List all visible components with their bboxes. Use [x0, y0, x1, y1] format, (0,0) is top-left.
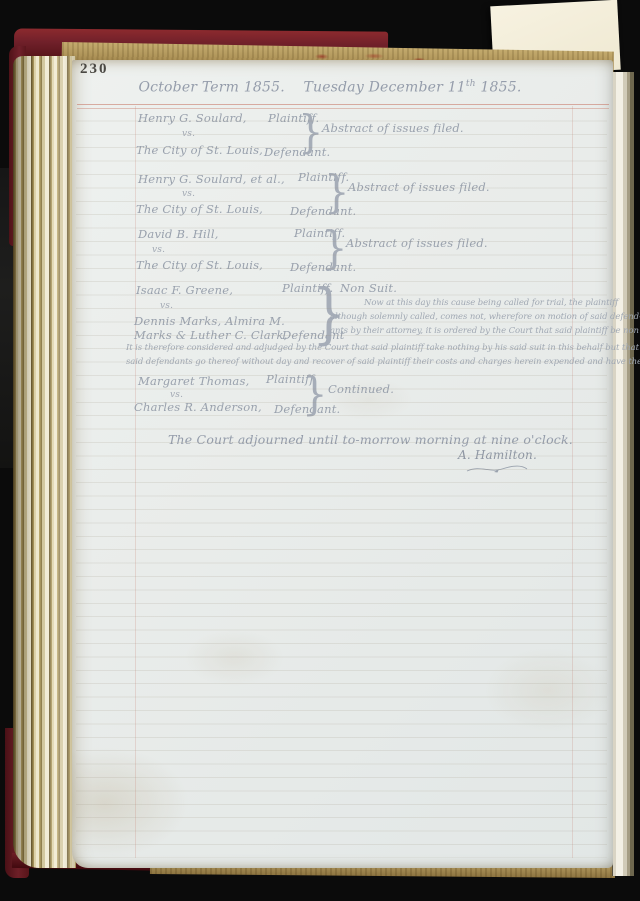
defendant-name: The City of St. Louis,: [136, 145, 263, 157]
disposition-note: Non Suit.: [340, 283, 397, 295]
record-page: 230 October Term 1855. Tuesday December …: [72, 60, 613, 868]
defendant-name-line2: Marks & Luther C. Clark,: [134, 330, 288, 342]
fore-edge-right: [612, 72, 634, 876]
plaintiff-name: Margaret Thomas,: [138, 376, 249, 388]
clerk-signature: A. Hamilton.: [458, 449, 537, 461]
brace-icon: }: [324, 170, 349, 215]
court-order-line: said defendants go thereof without day a…: [126, 358, 640, 367]
defendant-name-line1: Dennis Marks, Almira M.: [134, 316, 285, 328]
signature-flourish: [464, 463, 530, 475]
adjournment-line: The Court adjourned until to-morrow morn…: [168, 434, 573, 447]
disposition-note: Continued.: [328, 384, 394, 396]
term-label: October Term 1855.: [138, 80, 284, 96]
plaintiff-name: David B. Hill,: [138, 229, 219, 241]
disposition-note: Abstract of issues filed.: [346, 238, 488, 250]
date-ordinal-suffix: th: [466, 79, 476, 89]
brace-icon: }: [298, 110, 323, 155]
margin-line-left: [135, 106, 136, 858]
plaintiff-name: Isaac F. Greene,: [136, 285, 233, 297]
margin-line-right: [572, 106, 573, 858]
disposition-note: Abstract of issues filed.: [348, 182, 490, 194]
disposition-note: Abstract of issues filed.: [322, 123, 464, 135]
versus-label: vs.: [160, 302, 173, 311]
versus-label: vs.: [152, 246, 165, 255]
page-edges-shading: [13, 56, 76, 868]
session-year-label: 1855.: [480, 80, 521, 96]
header-ruling-line: [77, 104, 609, 109]
defendant-name: The City of St. Louis,: [136, 260, 263, 272]
court-order-line: ants by their attorney, it is ordered by…: [330, 327, 640, 336]
court-order-line: It is therefore considered and adjudged …: [126, 344, 639, 353]
versus-label: vs.: [170, 391, 183, 400]
date-header: October Term 1855. Tuesday December 11th…: [128, 80, 532, 95]
versus-label: vs.: [182, 130, 195, 139]
brace-icon: }: [302, 372, 327, 417]
defendant-name: The City of St. Louis,: [136, 204, 263, 216]
photo-background: 230 October Term 1855. Tuesday December …: [0, 0, 640, 901]
page-number: 230: [80, 61, 109, 78]
defendant-name: Charles R. Anderson,: [134, 402, 262, 414]
page-edges-left: [13, 56, 76, 868]
court-order-line: Now at this day this cause being called …: [364, 299, 618, 308]
versus-label: vs.: [182, 190, 195, 199]
plaintiff-name: Henry G. Soulard,: [138, 113, 247, 125]
plaintiff-name: Henry G. Soulard, et al.,: [138, 174, 285, 186]
brace-icon: }: [322, 226, 347, 271]
session-date-label: Tuesday December 11: [304, 80, 466, 96]
court-order-line: although solemnly called, comes not, whe…: [330, 313, 640, 322]
